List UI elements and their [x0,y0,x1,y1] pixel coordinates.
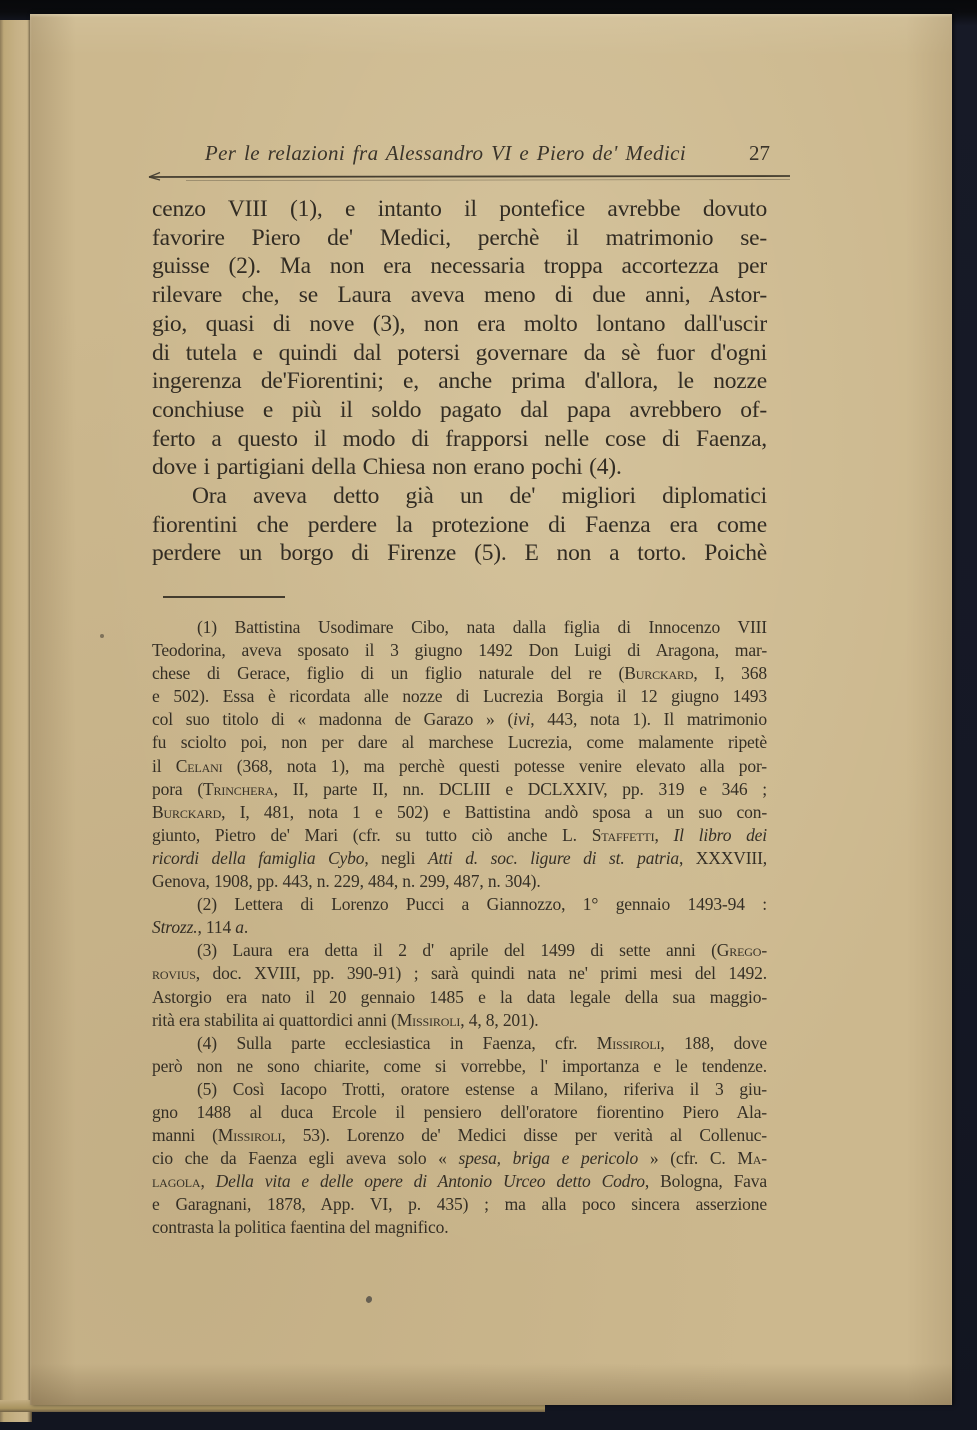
paper-speck [100,634,104,638]
text-line: il Celani (368, nota 1), ma perchè quest… [152,755,767,778]
text-line: ingerenza de'Fiorentini; e, anche prima … [152,367,767,396]
running-head-title: Per le relazioni fra Alessandro VI e Pie… [152,141,739,166]
footnote-separator-rule [163,596,285,598]
text-line: però non ne sono chiarite, come si vorre… [152,1055,767,1078]
text-line: rilevare che, se Laura aveva meno di due… [152,281,767,310]
text-line: Genova, 1908, pp. 443, n. 229, 484, n. 2… [152,870,767,893]
text-line: rità era stabilita ai quattordici anni (… [152,1009,767,1032]
body-text: cenzo VIII (1), e intanto il pontefice a… [152,195,767,568]
text-line: (1) Battistina Usodimare Cibo, nata dall… [152,616,767,639]
underlying-page-edges [0,20,32,1422]
text-line: chese di Gerace, figlio di un figlio nat… [152,662,767,685]
text-line: lagola, Della vita e delle opere di Anto… [152,1170,767,1193]
ink-speck [365,1295,373,1304]
book-page: Per le relazioni fra Alessandro VI e Pie… [30,14,952,1405]
text-line: Ora aveva detto già un de' migliori dipl… [152,482,767,511]
text-line: cio che da Faenza egli aveva solo « spes… [152,1147,767,1170]
text-line: (4) Sulla parte ecclesiastica in Faenza,… [152,1032,767,1055]
header-rule [146,169,792,185]
running-head: Per le relazioni fra Alessandro VI e Pie… [152,141,770,169]
text-line: manni (Missiroli, 53). Lorenzo de' Medic… [152,1124,767,1147]
text-line: gno 1488 al duca Ercole il pensiero dell… [152,1101,767,1124]
text-line: pora (Trinchera, II, parte II, nn. DCLII… [152,778,767,801]
text-line: rovius, doc. XVIII, pp. 390-91) ; sarà q… [152,962,767,985]
text-line: ricordi della famiglia Cybo, negli Atti … [152,847,767,870]
text-line: guisse (2). Ma non era necessaria troppa… [152,252,767,281]
text-line: di tutela e quindi dal potersi governare… [152,339,767,368]
text-line: perdere un borgo di Firenze (5). E non a… [152,539,767,568]
text-line: fiorentini che perdere la protezione di … [152,511,767,540]
text-line: conchiuse e più il soldo pagato dal papa… [152,396,767,425]
text-line: fu sciolto poi, non per dare al marchese… [152,731,767,754]
text-line: (5) Così Iacopo Trotti, oratore estense … [152,1078,767,1101]
text-line: e 502). Essa è ricordata alle nozze di L… [152,685,767,708]
text-line: Astorgio era nato il 20 gennaio 1485 e l… [152,986,767,1009]
text-line: Teodorina, aveva sposato il 3 giugno 149… [152,639,767,662]
text-line: gio, quasi di nove (3), non era molto lo… [152,310,767,339]
text-line: favorire Piero de' Medici, perchè il mat… [152,224,767,253]
text-line: Strozz., 114 a. [152,916,767,939]
text-line: cenzo VIII (1), e intanto il pontefice a… [152,195,767,224]
text-line: dove i partigiani della Chiesa non erano… [152,453,767,482]
footnotes: (1) Battistina Usodimare Cibo, nata dall… [152,616,767,1240]
text-line: Burckard, I, 481, nota 1 e 502) e Battis… [152,801,767,824]
text-line: contrasta la politica faentina del magni… [152,1216,767,1239]
text-line: e Garagnani, 1878, App. VI, p. 435) ; ma… [152,1193,767,1216]
text-line: giunto, Pietro de' Mari (cfr. su tutto c… [152,824,767,847]
text-line: (2) Lettera di Lorenzo Pucci a Giannozzo… [152,893,767,916]
text-line: col suo titolo di « madonna de Garazo » … [152,708,767,731]
text-line: ferto a questo il modo di frapporsi nell… [152,425,767,454]
scanned-book-page: Per le relazioni fra Alessandro VI e Pie… [0,0,977,1430]
page-number: 27 [739,141,770,166]
text-line: (3) Laura era detta il 2 d' aprile del 1… [152,939,767,962]
